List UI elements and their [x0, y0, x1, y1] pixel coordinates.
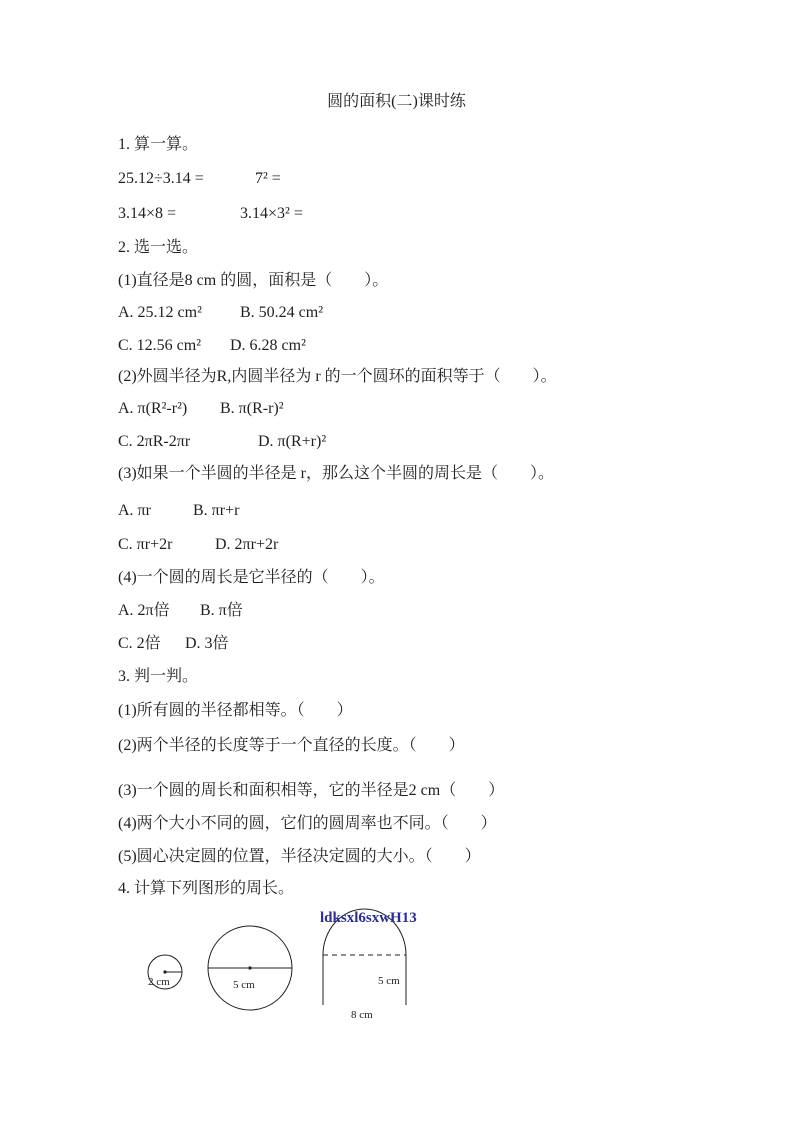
dome-width-label: 8 cm — [351, 1009, 373, 1021]
q2-p4-stem: (4)一个圆的周长是它半径的（ ）。 — [118, 568, 385, 587]
q2-p1-option-d: D. 6.28 cm² — [230, 336, 306, 355]
q2-p3-options-ab: A. πrB. πr+r — [118, 501, 239, 520]
q2-p1-option-b: B. 50.24 cm² — [240, 303, 323, 322]
large-circle-figure: 5 cm — [208, 926, 292, 1010]
dome-height-label: 5 cm — [378, 975, 400, 987]
dome-figure: 5 cm 8 cm ldksxl6sxwH13 — [320, 909, 417, 1021]
q1-heading: 1. 算一算。 — [118, 135, 198, 154]
q2-p4-option-b: B. π倍 — [200, 601, 243, 620]
q2-p2-option-c: C. 2πR-2πr — [118, 432, 258, 451]
q1-row1: 25.12÷3.14 =7² = — [118, 169, 281, 188]
q2-p3-option-b: B. πr+r — [193, 501, 239, 520]
q4-heading: 4. 计算下列图形的周长。 — [118, 879, 294, 898]
small-circle-figure: 2 cm — [148, 955, 182, 989]
q3-item-5: (5)圆心决定圆的位置，半径决定圆的大小。（ ） — [118, 847, 481, 866]
q1-row2-left: 3.14×8 = — [118, 204, 240, 223]
q2-p2-option-b: B. π(R-r)² — [220, 399, 284, 418]
q2-p2-option-d: D. π(R+r)² — [258, 432, 326, 451]
q2-p2-stem: (2)外圆半径为R,内圆半径为 r 的一个圆环的面积等于（ ）。 — [118, 367, 557, 386]
q3-item-3: (3)一个圆的周长和面积相等，它的半径是2 cm（ ） — [118, 781, 504, 800]
q2-p1-options-ab: A. 25.12 cm²B. 50.24 cm² — [118, 303, 323, 322]
q1-row1-right: 7² = — [255, 169, 281, 188]
large-circle-center-dot — [248, 966, 251, 969]
q2-p2-options-ab: A. π(R²-r²)B. π(R-r)² — [118, 399, 284, 418]
q3-item-4: (4)两个大小不同的圆，它们的圆周率也不同。（ ） — [118, 814, 497, 833]
q2-p3-option-c: C. πr+2r — [118, 535, 215, 554]
q2-p4-options-ab: A. 2π倍B. π倍 — [118, 601, 243, 620]
q2-p4-option-c: C. 2倍 — [118, 634, 185, 653]
page-title: 圆的面积(二)课时练 — [0, 92, 793, 111]
q1-row2: 3.14×8 =3.14×3² = — [118, 204, 303, 223]
q3-heading: 3. 判一判。 — [118, 667, 198, 686]
q1-row1-left: 25.12÷3.14 = — [118, 169, 255, 188]
q2-p2-option-a: A. π(R²-r²) — [118, 399, 220, 418]
small-circle-radius-label: 2 cm — [148, 976, 170, 988]
q3-item-1: (1)所有圆的半径都相等。（ ） — [118, 701, 353, 720]
q4-figures: 2 cm 5 cm 5 cm 8 cm ldksxl6sxwH13 — [120, 898, 450, 1038]
q3-item-2: (2)两个半径的长度等于一个直径的长度。（ ） — [118, 736, 465, 755]
q2-p3-options-cd: C. πr+2rD. 2πr+2r — [118, 535, 278, 554]
q1-row2-right: 3.14×3² = — [240, 204, 303, 223]
q2-p4-option-a: A. 2π倍 — [118, 601, 200, 620]
q2-p4-option-d: D. 3倍 — [185, 634, 229, 653]
q2-p1-stem: (1)直径是8 cm 的圆，面积是（ ）。 — [118, 271, 388, 290]
q2-p1-options-cd: C. 12.56 cm²D. 6.28 cm² — [118, 336, 306, 355]
q2-p1-option-a: A. 25.12 cm² — [118, 303, 240, 322]
q2-p4-options-cd: C. 2倍D. 3倍 — [118, 634, 229, 653]
worksheet-page: 圆的面积(二)课时练 1. 算一算。 25.12÷3.14 =7² = 3.14… — [0, 0, 793, 1122]
q2-p2-options-cd: C. 2πR-2πrD. π(R+r)² — [118, 432, 326, 451]
q2-p3-option-d: D. 2πr+2r — [215, 535, 278, 554]
q2-p3-stem: (3)如果一个半圆的半径是 r，那么这个半圆的周长是（ ）。 — [118, 464, 554, 483]
q2-p1-option-c: C. 12.56 cm² — [118, 336, 230, 355]
watermark-text: ldksxl6sxwH13 — [320, 910, 417, 926]
large-circle-diameter-label: 5 cm — [233, 979, 255, 991]
q2-heading: 2. 选一选。 — [118, 238, 198, 257]
q2-p3-option-a: A. πr — [118, 501, 193, 520]
